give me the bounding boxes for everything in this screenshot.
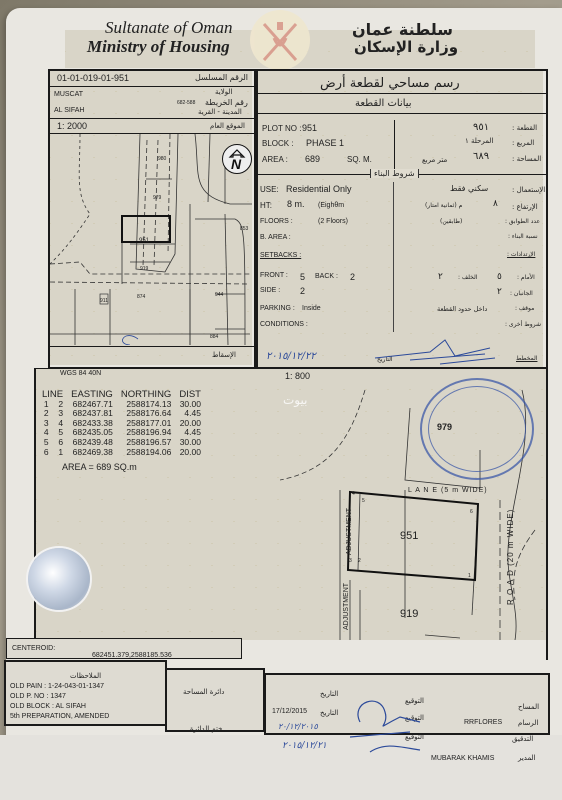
location-label-ar: الموقع العام xyxy=(210,122,245,130)
area-ar: ٦٨٩ xyxy=(473,151,489,162)
block-value: PHASE 1 xyxy=(306,138,344,148)
old-block: OLD BLOCK : AL SIFAH xyxy=(10,703,86,710)
centeroid-value: 682451.379,2588185.536 xyxy=(92,652,172,659)
plot-label-ar: القطعة : xyxy=(512,124,537,132)
north-arrow-icon: N xyxy=(222,144,252,174)
ht-value: 8 m. xyxy=(287,199,305,209)
setbacks-label: SETBACKS : xyxy=(260,252,301,259)
adjustment-label-1: ADJUSTMENT xyxy=(346,508,353,555)
cell: 6 xyxy=(38,448,53,458)
header-title-en-2: Ministry of Housing xyxy=(87,37,230,57)
wilayat-value: MUSCAT xyxy=(54,91,83,98)
map-plot-980: 980 xyxy=(158,156,166,162)
area-unit-ar: متر مربع xyxy=(422,156,447,164)
table-row: 12682467.712588174.1330.00 xyxy=(38,400,205,410)
surveyor-label-ar: المساح xyxy=(518,703,539,711)
parking-label: PARKING : xyxy=(260,305,295,312)
table-row: 34682433.382588177.0120.00 xyxy=(38,419,205,429)
corner-2: 2 xyxy=(358,558,361,564)
map-plot-919: 919 xyxy=(140,266,148,272)
village-value: AL SIFAH xyxy=(54,107,84,114)
conditions-label-ar: شروط أخرى : xyxy=(505,321,541,328)
corner-4: 4 xyxy=(352,491,355,497)
table-row: 61682469.382588194.0620.00 xyxy=(38,448,205,458)
parking-ar: داخل حدود القطعة xyxy=(437,305,487,313)
border-right xyxy=(546,368,548,660)
front-label: FRONT : xyxy=(260,272,288,279)
serial-label-ar: الرقم المسلسل xyxy=(195,73,248,82)
svg-text:N: N xyxy=(231,156,242,172)
coordinates-table: LINE EASTING NORTHING DIST 12682467.7125… xyxy=(38,390,205,457)
plan-label-ar: المخطط xyxy=(516,355,537,362)
corner-5: 5 xyxy=(362,498,365,504)
plot-data-subtitle-ar: بيانات القطعة xyxy=(355,98,412,109)
road-label: R O A D (20 m WIDE) xyxy=(506,509,515,605)
drafter-name: RRFLORES xyxy=(464,719,502,726)
front-ar: ٥ xyxy=(497,272,502,282)
area-unit: SQ. M. xyxy=(347,155,372,164)
parking-value: Inside xyxy=(302,305,321,312)
map-plot-911: 911 xyxy=(100,298,108,304)
ht-unit-ar: م (ثمانية امتار) xyxy=(425,202,462,209)
ht-label: HT: xyxy=(260,201,272,210)
header-title-en-1: Sultanate of Oman xyxy=(105,18,233,38)
centeroid-label: CENTEROID: xyxy=(12,645,55,652)
serial-number: 01-01-019-01-951 xyxy=(57,73,129,83)
plot-no-label: PLOT NO : xyxy=(262,124,301,133)
divider xyxy=(48,118,254,119)
adjustment-label-2: ADJUSTMENT xyxy=(343,583,350,630)
drafter-label-ar: الرسام xyxy=(518,719,538,727)
side-ar: ٢ xyxy=(497,287,502,297)
block-label-ar: المربع : xyxy=(512,139,534,147)
signature-scribble xyxy=(370,338,500,368)
map-plot-979: 979 xyxy=(153,195,161,201)
old-p-no: OLD P. NO : 1347 xyxy=(10,693,66,700)
building-conditions-ar: شروط البناء xyxy=(370,169,419,178)
corner-3: 3 xyxy=(349,558,352,564)
divider xyxy=(48,346,254,347)
oman-emblem-icon xyxy=(250,10,310,70)
side-label-ar: الجانبان : xyxy=(510,290,533,297)
plot-no-value: 951 xyxy=(302,123,317,133)
plot-survey-title-ar: رسم مساحي لقطعة أرض xyxy=(320,76,460,91)
area-label-ar: المساحة : xyxy=(512,155,541,163)
signatures-scribble xyxy=(340,692,450,762)
divider xyxy=(256,113,546,114)
use-value: Residential Only xyxy=(286,184,352,194)
cell: 2588194.06 xyxy=(117,448,176,458)
parking-label-ar: موقف : xyxy=(515,305,534,312)
map-no-value: 682-588 xyxy=(177,100,195,106)
cell: 20.00 xyxy=(175,448,205,458)
plot-label-979: 979 xyxy=(437,422,452,432)
remarks-title-ar: الملاحظات xyxy=(70,672,101,680)
director-date-handwritten: ٢٠١٥/١٢/٢١ xyxy=(282,741,327,751)
divider xyxy=(34,368,546,369)
back-label: BACK : xyxy=(315,273,338,280)
area-summary: AREA = 689 SQ.m xyxy=(62,462,137,472)
plot-no-ar: ٩٥١ xyxy=(473,122,489,133)
barea-label-ar: نسبة البناء : xyxy=(508,233,538,240)
use-ar: سكني فقط xyxy=(450,184,488,193)
drafter-date: 17/12/2015 xyxy=(272,708,307,715)
divider xyxy=(394,120,395,172)
divider xyxy=(256,93,546,94)
area-value: 689 xyxy=(305,154,320,164)
map-plot-853: 853 xyxy=(240,226,248,232)
date-label-ar-1: التاريخ xyxy=(320,690,338,698)
corner-6: 6 xyxy=(470,509,473,515)
datum-label: WGS 84 40N xyxy=(60,370,101,377)
checker-date-handwritten: ٢٠/١٢/٢٠١٥ xyxy=(278,722,318,731)
conditions-label: CONDITIONS : xyxy=(260,321,308,328)
village-label-ar: المدينة - القرية xyxy=(198,108,242,116)
setbacks-label-ar: الإرتدادات : xyxy=(507,251,535,258)
survey-dept-stamp-ar: ختم الدائرة xyxy=(190,725,223,733)
block-label: BLOCK : xyxy=(262,139,294,148)
hologram-seal xyxy=(28,548,90,610)
divider xyxy=(393,182,394,332)
floors-label: FLOORS : xyxy=(260,218,293,225)
map-plot-874: 874 xyxy=(137,294,145,300)
map-no-label-ar: رقم الخريطة xyxy=(205,98,248,107)
corner-1: 1 xyxy=(468,573,471,579)
use-label-ar: الإستعمال : xyxy=(512,186,545,194)
area-label: AREA : xyxy=(262,155,288,164)
floors-ar: (طابقين) xyxy=(440,218,462,225)
side-value: 2 xyxy=(300,286,305,296)
divider xyxy=(48,86,254,87)
use-label: USE: xyxy=(260,185,279,194)
lane-label: L A N E (5 m WIDE) xyxy=(408,487,488,494)
barea-label: B. AREA : xyxy=(260,234,291,241)
plot-label-919: 919 xyxy=(400,608,418,620)
cell: 682469.38 xyxy=(67,448,117,458)
survey-dept-title-ar: دائرة المساحة xyxy=(183,688,224,696)
old-pain: OLD PAIN : 1-24-043-01-1347 xyxy=(10,683,104,690)
map-plot-884: 884 xyxy=(210,334,218,340)
map-plot-944: 944 xyxy=(215,292,223,298)
location-scale: 1: 2000 xyxy=(57,121,87,131)
floors-label-ar: عدد الطوابق : xyxy=(505,218,540,225)
checker-label-ar: التدقيق xyxy=(512,735,533,743)
director-label-ar: المدير xyxy=(518,754,536,762)
projection-label-ar: الإسقاط xyxy=(212,351,236,359)
block-ar: المرحلة ١ xyxy=(465,137,493,145)
ht-label-ar: الإرتفاع : xyxy=(512,203,538,211)
front-value: 5 xyxy=(300,272,305,282)
location-map: 980 979 951 919 874 911 944 884 853 N xyxy=(50,134,252,345)
front-label-ar: الأمام : xyxy=(517,274,535,281)
floors-value: (2 Floors) xyxy=(318,218,348,225)
handwritten-date: ٢٠١٥/١٢/٢٢ xyxy=(266,351,316,362)
paper-bottom-edge xyxy=(0,735,562,800)
header-title-ar-1: سلطنة عمان xyxy=(352,20,453,39)
survey-dept-box xyxy=(165,668,265,732)
plot-label-951: 951 xyxy=(400,530,418,542)
back-label-ar: الخلف : xyxy=(458,274,478,281)
preparation-note: 5th PREPARATION, AMENDED xyxy=(10,713,109,720)
back-ar: ٢ xyxy=(438,272,443,282)
back-value: 2 xyxy=(350,272,355,282)
wilayat-label-ar: الولاية xyxy=(215,88,232,96)
date-label-ar-2: التاريخ xyxy=(320,709,338,717)
map-plot-951: 951 xyxy=(139,238,149,244)
header-title-ar-2: وزارة الإسكان xyxy=(354,38,458,56)
cell: 1 xyxy=(53,448,68,458)
side-label: SIDE : xyxy=(260,287,280,294)
ht-ar: ٨ xyxy=(493,199,498,209)
ht-words: (Eighθm xyxy=(318,202,344,209)
